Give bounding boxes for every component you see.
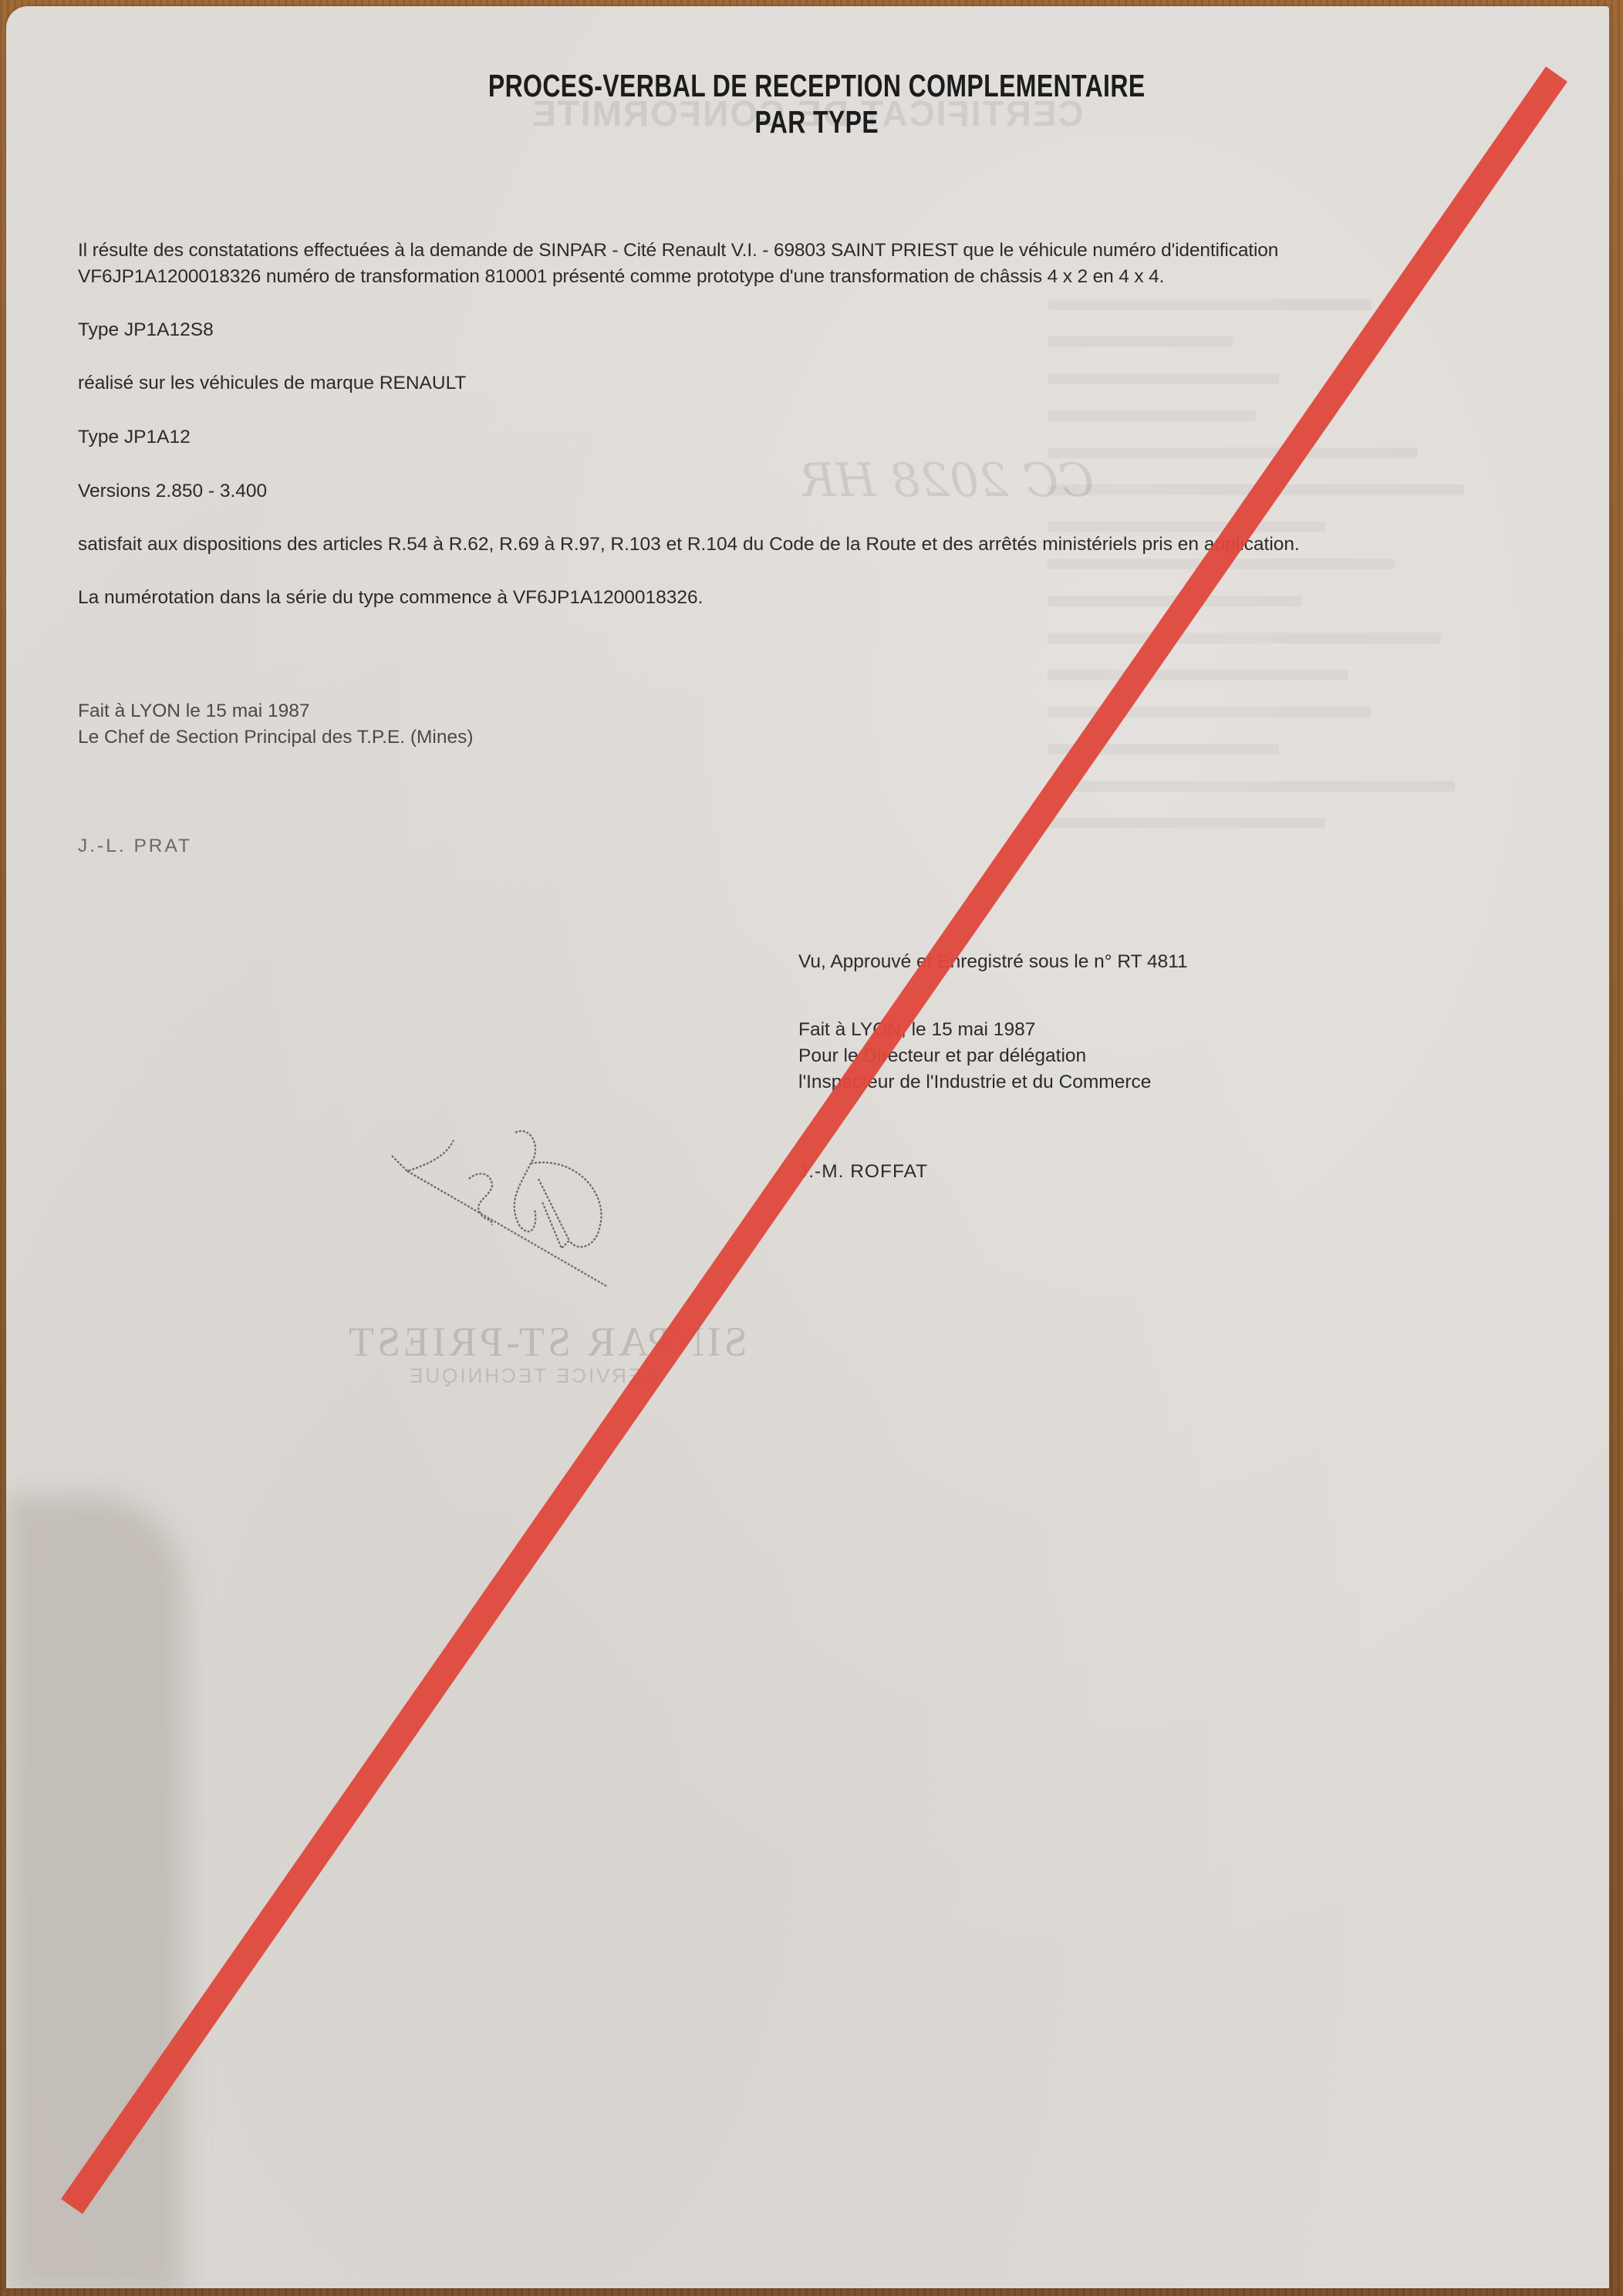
red-strike-through-line bbox=[6, 6, 1609, 2288]
document-page: CERTIFICAT DE CONFORMITE CC 2028 HR PROC… bbox=[6, 6, 1609, 2288]
